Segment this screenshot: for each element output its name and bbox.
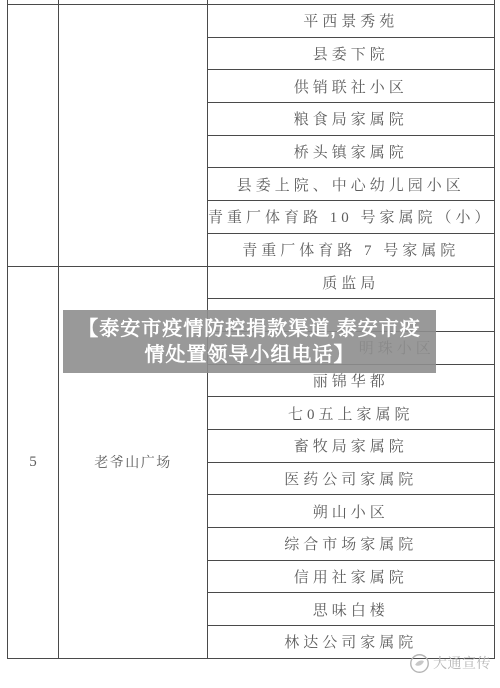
community-cell: 思味白楼 <box>208 593 495 626</box>
watermark-label: 大通宣传 <box>433 653 491 673</box>
community-cell: 信用社家属院 <box>208 560 495 593</box>
community-cell: 粮食局家属院 <box>208 103 495 136</box>
community-cell: 质监局 <box>208 266 495 299</box>
group-index-cell: 5 <box>8 266 59 658</box>
community-cell: 县委上院、中心幼儿园小区 <box>208 168 495 201</box>
community-cell: 朔山小区 <box>208 495 495 528</box>
table-row: 平西景秀苑 <box>8 5 495 38</box>
community-cell: 供销联社小区 <box>208 70 495 103</box>
community-cell: 医药公司家属院 <box>208 462 495 495</box>
community-cell: 青重厂体育路 7 号家属院 <box>208 233 495 266</box>
watermark: 大通宣传 <box>409 651 491 675</box>
community-cell: 桥头镇家属院 <box>208 135 495 168</box>
group-index-cell <box>8 5 59 267</box>
datong-media-logo-icon <box>409 653 430 674</box>
community-cell: 县委下院 <box>208 37 495 70</box>
community-cell: 畜牧局家属院 <box>208 429 495 462</box>
caption-line-1: 【泰安市疫情防控捐款渠道,泰安市疫 <box>63 316 436 342</box>
community-cell: 平西景秀苑 <box>208 5 495 38</box>
caption-line-2: 情处置领导小组电话】 <box>63 342 436 368</box>
table-row: 5 老爷山广场 质监局 <box>8 266 495 299</box>
caption-overlay-banner: 【泰安市疫情防控捐款渠道,泰安市疫 情处置领导小组电话】 <box>63 310 436 373</box>
community-cell: 青重厂体育路 10 号家属院（小） <box>208 201 495 234</box>
community-cell: 七0五上家属院 <box>208 397 495 430</box>
group-name-cell <box>59 5 208 267</box>
document-page: 平西景秀苑 县委下院 供销联社小区 粮食局家属院 桥头镇家属院 县委上院、中心幼… <box>0 0 500 688</box>
community-cell: 综合市场家属院 <box>208 528 495 561</box>
